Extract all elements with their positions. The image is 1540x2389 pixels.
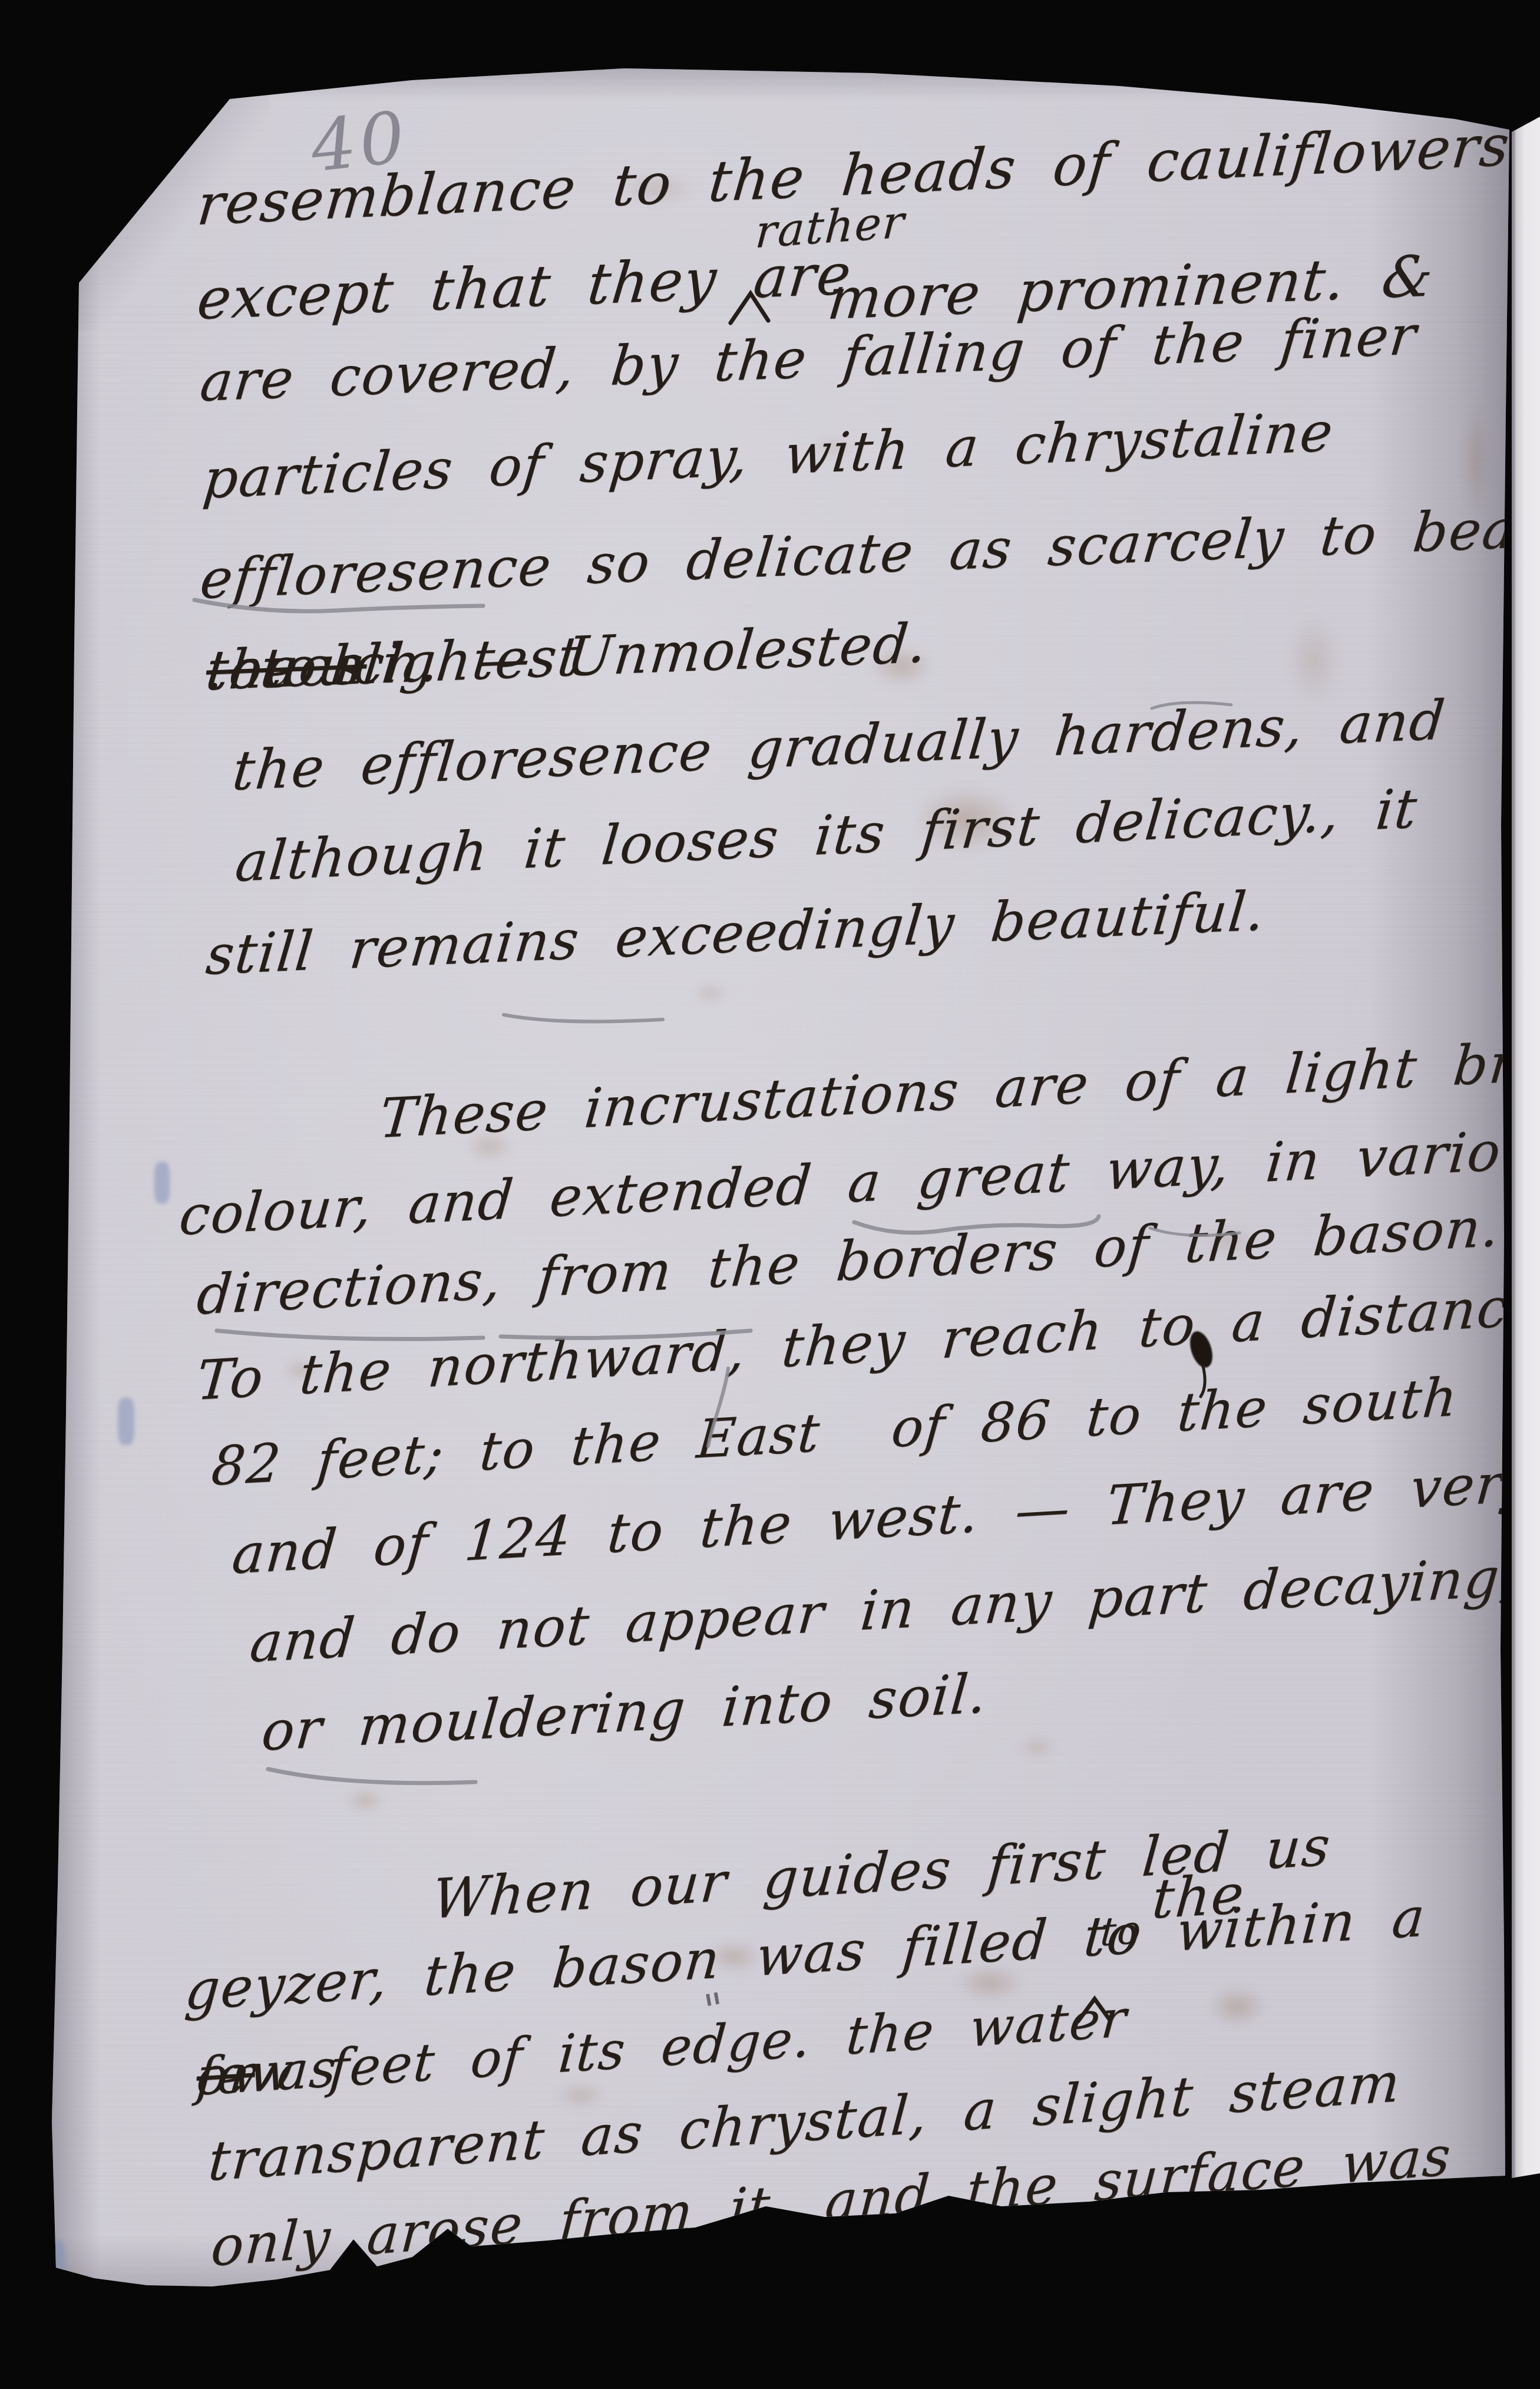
manuscript-line-19-seg2: was: [194, 2037, 339, 2107]
manuscript-line-5-seg2: . touch. — Unmolested.: [203, 611, 931, 702]
photograph-stage: 40 resemblance to the heads of cauliflow…: [0, 0, 1540, 2389]
manuscript-text: resemblance to the heads of cauliflowers…: [0, 0, 1540, 2389]
manuscript-page: 40 resemblance to the heads of cauliflow…: [0, 0, 1540, 2389]
adjacent-page-edge: [1512, 117, 1540, 2180]
inserted-word-rather: rather: [754, 195, 907, 258]
inserted-word-to: to: [1099, 1906, 1144, 1955]
manuscript-line-3: particles of spray, with a chrystaline: [200, 400, 1337, 511]
manuscript-line-16: or mouldering into soil.: [259, 1662, 990, 1763]
manuscript-line-8: still remains exceedingly beautiful.: [203, 879, 1268, 987]
manuscript-line-4: effloresence so delicate as scarcely to …: [197, 496, 1540, 611]
